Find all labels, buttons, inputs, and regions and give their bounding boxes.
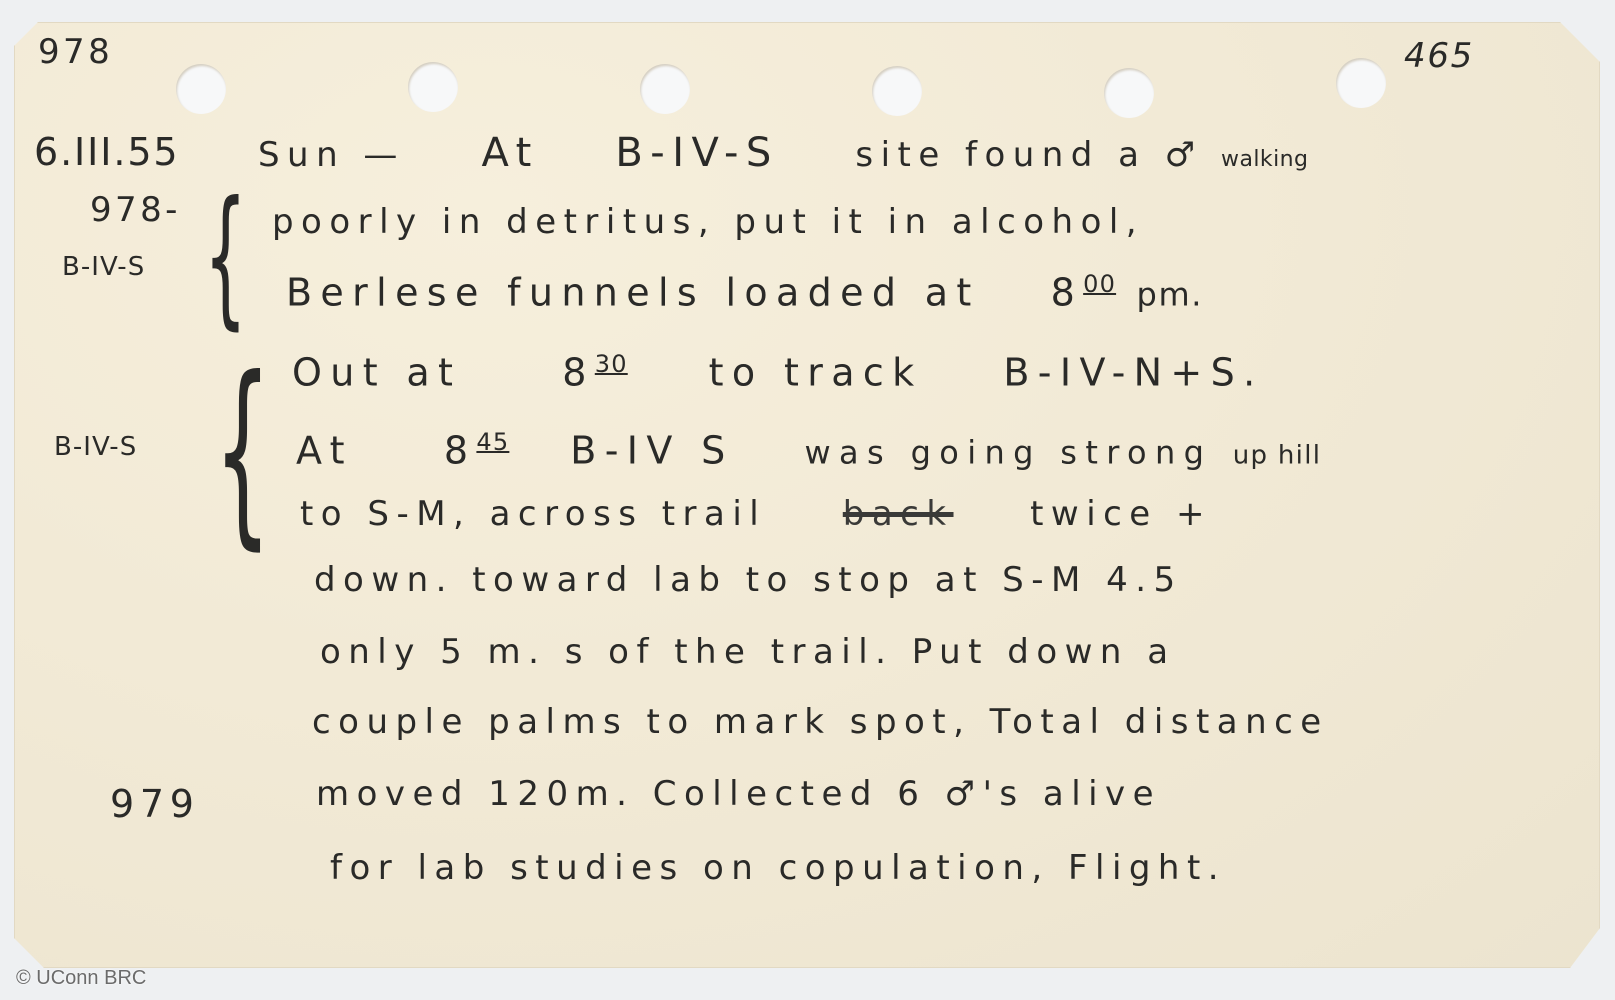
copyright-watermark: © UConn BRC bbox=[16, 967, 146, 990]
punch-hole bbox=[1336, 58, 1386, 108]
entry-text: twice + bbox=[1030, 494, 1212, 534]
day-of-week: Sun — bbox=[258, 135, 405, 175]
entry-2-line-7: moved 120m. Collected 6 ♂'s alive bbox=[316, 774, 1161, 814]
entry-2-line-6: couple palms to mark spot, Total distanc… bbox=[312, 702, 1329, 742]
catalog-number-left: 978 bbox=[38, 32, 113, 72]
entry-1-line-1: Sun — At B-IV-S site found a ♂ walking bbox=[258, 130, 1308, 176]
notebook-card: 978 465 6.III.55 Sun — At B-IV-S site fo… bbox=[14, 22, 1600, 968]
site-code: B-IV S bbox=[570, 429, 733, 473]
punch-hole bbox=[640, 64, 690, 114]
site-code: B-IV-N+S. bbox=[1003, 351, 1263, 395]
site-label-entry-2: B-IV-S bbox=[54, 432, 137, 462]
catalog-number-right: 465 bbox=[1404, 36, 1474, 76]
bracket-icon: { bbox=[214, 352, 271, 552]
punch-hole bbox=[1104, 68, 1154, 118]
entry-2-line-8: for lab studies on copulation, Flight. bbox=[330, 848, 1226, 888]
entry-text: walking bbox=[1221, 147, 1308, 172]
entry-2-line-3: to S-M, across trail back twice + bbox=[300, 494, 1212, 534]
entry-2-line-4: down. toward lab to stop at S-M 4.5 bbox=[314, 560, 1183, 600]
struck-out-word: back bbox=[843, 494, 954, 534]
time-hour: 8 bbox=[444, 429, 477, 473]
entry-text: was going strong bbox=[805, 434, 1213, 472]
entry-2-line-2: At 845 B-IV S was going strong up hill bbox=[296, 428, 1321, 473]
entry-text: site found a ♂ bbox=[855, 135, 1202, 175]
time-minutes: 00 bbox=[1083, 270, 1116, 298]
entry-text: pm. bbox=[1137, 276, 1203, 314]
entry-text: Out at bbox=[292, 351, 461, 395]
specimen-number-979: 979 bbox=[110, 782, 200, 826]
entry-date: 6.III.55 bbox=[34, 130, 180, 174]
time-minutes: 45 bbox=[476, 428, 509, 456]
entry-1-line-3: Berlese funnels loaded at 800 pm. bbox=[286, 270, 1203, 315]
entry-text: Berlese funnels loaded at bbox=[286, 271, 980, 315]
entry-text: to S-M, across trail bbox=[300, 494, 766, 534]
site-label-978: B-IV-S bbox=[62, 252, 145, 282]
entry-text: At bbox=[296, 429, 353, 473]
entry-text: to track bbox=[709, 351, 923, 395]
time-hour: 8 bbox=[1051, 271, 1084, 315]
punch-hole bbox=[872, 66, 922, 116]
entry-text: At bbox=[481, 130, 538, 176]
site-code: B-IV-S bbox=[615, 130, 778, 176]
specimen-number-978: 978- bbox=[90, 190, 181, 230]
time-hour: 8 bbox=[562, 351, 595, 395]
punch-hole bbox=[176, 64, 226, 114]
time-minutes: 30 bbox=[595, 350, 628, 378]
entry-1-line-2: poorly in detritus, put it in alcohol, bbox=[272, 202, 1144, 242]
scan-viewer: 978 465 6.III.55 Sun — At B-IV-S site fo… bbox=[0, 0, 1615, 1000]
entry-2-line-1: Out at 830 to track B-IV-N+S. bbox=[292, 350, 1264, 395]
punch-hole bbox=[408, 62, 458, 112]
entry-text: up hill bbox=[1233, 441, 1322, 471]
entry-2-line-5: only 5 m. s of the trail. Put down a bbox=[320, 632, 1176, 672]
bracket-icon: { bbox=[204, 182, 247, 332]
